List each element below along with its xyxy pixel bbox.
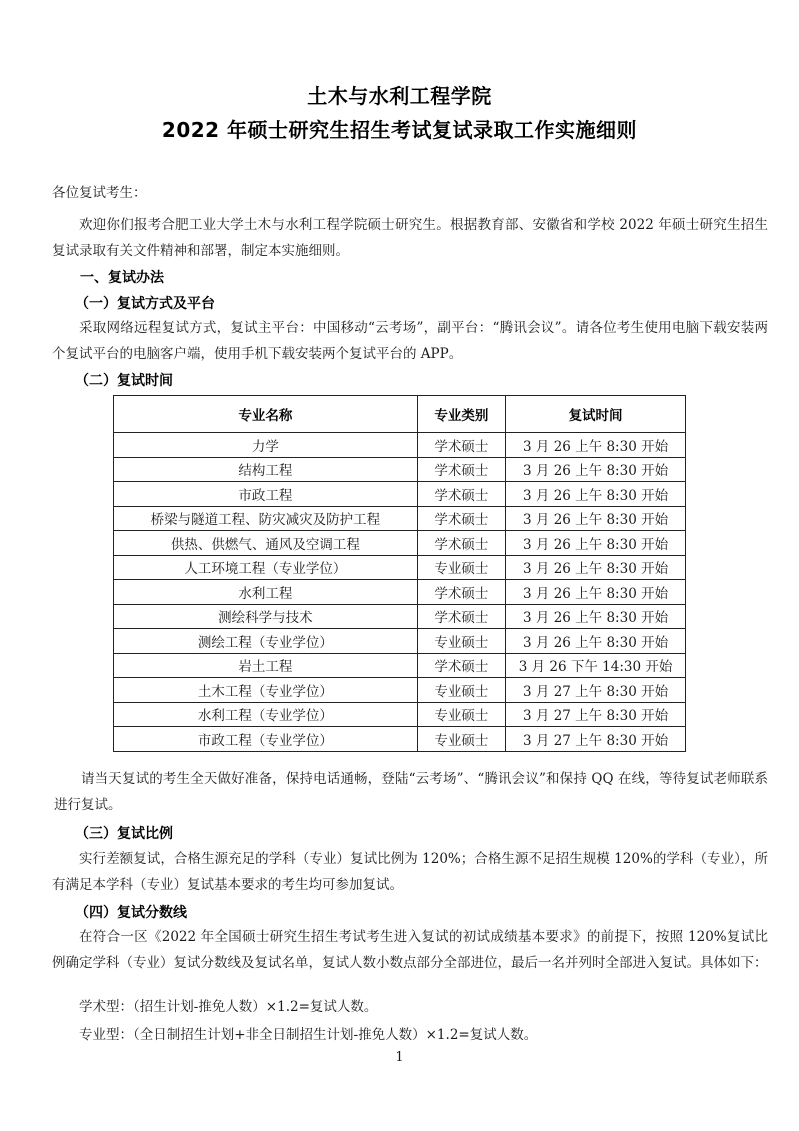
table-row: 桥梁与隧道工程、防灾减灾及防护工程学术硕士3 月 26 上午 8:30 开始 xyxy=(114,506,686,531)
table-header-row: 专业名称 专业类别 复试时间 xyxy=(114,396,686,433)
page-number: 1 xyxy=(0,1050,799,1065)
formula-professional: 专业型：（全日制招生计划+非全日制招生计划-推免人数）×1.2=复试人数。 xyxy=(52,1022,768,1048)
cell-time: 3 月 26 下午 14:30 开始 xyxy=(506,653,686,678)
cell-time: 3 月 26 上午 8:30 开始 xyxy=(506,555,686,580)
table-row: 市政工程学术硕士3 月 26 上午 8:30 开始 xyxy=(114,482,686,507)
cell-time: 3 月 26 上午 8:30 开始 xyxy=(506,457,686,482)
cell-major: 水利工程（专业学位） xyxy=(114,702,418,727)
cell-category: 专业硕士 xyxy=(417,555,505,580)
section-heading-methods: 一、复试办法 xyxy=(80,267,164,287)
table-row: 市政工程（专业学位）专业硕士3 月 27 上午 8:30 开始 xyxy=(114,727,686,752)
table-row: 水利工程（专业学位）专业硕士3 月 27 上午 8:30 开始 xyxy=(114,702,686,727)
column-header-time: 复试时间 xyxy=(506,396,686,433)
cell-category: 专业硕士 xyxy=(417,678,505,703)
table-row: 供热、供燃气、通风及空调工程学术硕士3 月 26 上午 8:30 开始 xyxy=(114,531,686,556)
table-row: 水利工程学术硕士3 月 26 上午 8:30 开始 xyxy=(114,580,686,605)
document-page: 土木与水利工程学院 2022 年硕士研究生招生考试复试录取工作实施细则 各位复试… xyxy=(0,0,799,1131)
table-row: 人工环境工程（专业学位）专业硕士3 月 26 上午 8:30 开始 xyxy=(114,555,686,580)
cell-time: 3 月 26 上午 8:30 开始 xyxy=(506,604,686,629)
cell-major: 岩土工程 xyxy=(114,653,418,678)
cell-category: 学术硕士 xyxy=(417,506,505,531)
cell-major: 结构工程 xyxy=(114,457,418,482)
cell-category: 专业硕士 xyxy=(417,702,505,727)
cell-category: 学术硕士 xyxy=(417,580,505,605)
table-row: 土木工程（专业学位）专业硕士3 月 27 上午 8:30 开始 xyxy=(114,678,686,703)
cell-time: 3 月 26 上午 8:30 开始 xyxy=(506,506,686,531)
subsection-heading-schedule: （二）复试时间 xyxy=(75,370,173,390)
cell-time: 3 月 27 上午 8:30 开始 xyxy=(506,678,686,703)
document-title: 2022 年硕士研究生招生考试复试录取工作实施细则 xyxy=(0,114,799,143)
table-row: 力学学术硕士3 月 26 上午 8:30 开始 xyxy=(114,433,686,458)
cutoff-paragraph: 在符合一区《2022 年全国硕士研究生招生考试考生进入复试的初试成绩基本要求》的… xyxy=(52,924,768,976)
subsection-heading-ratio: （三）复试比例 xyxy=(75,823,173,843)
column-header-category: 专业类别 xyxy=(417,396,505,433)
cell-time: 3 月 27 上午 8:30 开始 xyxy=(506,727,686,752)
cell-category: 学术硕士 xyxy=(417,653,505,678)
formula-academic: 学术型：（招生计划-推免人数）×1.2=复试人数。 xyxy=(52,994,768,1020)
column-header-major: 专业名称 xyxy=(114,396,418,433)
cell-category: 专业硕士 xyxy=(417,727,505,752)
cell-category: 学术硕士 xyxy=(417,604,505,629)
cell-category: 学术硕士 xyxy=(417,482,505,507)
cell-time: 3 月 26 上午 8:30 开始 xyxy=(506,531,686,556)
subsection-heading-platform: （一）复试方式及平台 xyxy=(75,293,215,313)
cell-major: 土木工程（专业学位） xyxy=(114,678,418,703)
subsection-heading-cutoff: （四）复试分数线 xyxy=(75,902,187,922)
table-row: 测绘科学与技术学术硕士3 月 26 上午 8:30 开始 xyxy=(114,604,686,629)
cell-major: 市政工程（专业学位） xyxy=(114,727,418,752)
college-title: 土木与水利工程学院 xyxy=(0,80,799,109)
salutation: 各位复试考生： xyxy=(52,180,768,206)
cell-major: 测绘工程（专业学位） xyxy=(114,629,418,654)
cell-major: 力学 xyxy=(114,433,418,458)
cell-major: 测绘科学与技术 xyxy=(114,604,418,629)
schedule-note: 请当天复试的考生全天做好准备，保持电话通畅，登陆“云考场”、“腾讯会议”和保持 … xyxy=(54,766,768,818)
intro-paragraph: 欢迎你们报考合肥工业大学土木与水利工程学院硕士研究生。根据教育部、安徽省和学校 … xyxy=(52,212,768,264)
cell-major: 市政工程 xyxy=(114,482,418,507)
cell-major: 桥梁与隧道工程、防灾减灾及防护工程 xyxy=(114,506,418,531)
cell-time: 3 月 26 上午 8:30 开始 xyxy=(506,433,686,458)
cell-time: 3 月 26 上午 8:30 开始 xyxy=(506,629,686,654)
table-row: 结构工程学术硕士3 月 26 上午 8:30 开始 xyxy=(114,457,686,482)
cell-major: 人工环境工程（专业学位） xyxy=(114,555,418,580)
cell-major: 供热、供燃气、通风及空调工程 xyxy=(114,531,418,556)
cell-category: 学术硕士 xyxy=(417,531,505,556)
cell-time: 3 月 26 上午 8:30 开始 xyxy=(506,482,686,507)
platform-paragraph: 采取网络远程复试方式，复试主平台：中国移动“云考场”，副平台：“腾讯会议”。请各… xyxy=(52,315,768,367)
ratio-paragraph: 实行差额复试，合格生源充足的学科（专业）复试比例为 120%；合格生源不足招生规… xyxy=(52,846,768,898)
cell-time: 3 月 26 上午 8:30 开始 xyxy=(506,580,686,605)
cell-category: 学术硕士 xyxy=(417,457,505,482)
schedule-table: 专业名称 专业类别 复试时间 力学学术硕士3 月 26 上午 8:30 开始 结… xyxy=(113,395,686,752)
cell-category: 学术硕士 xyxy=(417,433,505,458)
cell-major: 水利工程 xyxy=(114,580,418,605)
table-row: 岩土工程学术硕士3 月 26 下午 14:30 开始 xyxy=(114,653,686,678)
cell-category: 专业硕士 xyxy=(417,629,505,654)
cell-time: 3 月 27 上午 8:30 开始 xyxy=(506,702,686,727)
table-row: 测绘工程（专业学位）专业硕士3 月 26 上午 8:30 开始 xyxy=(114,629,686,654)
